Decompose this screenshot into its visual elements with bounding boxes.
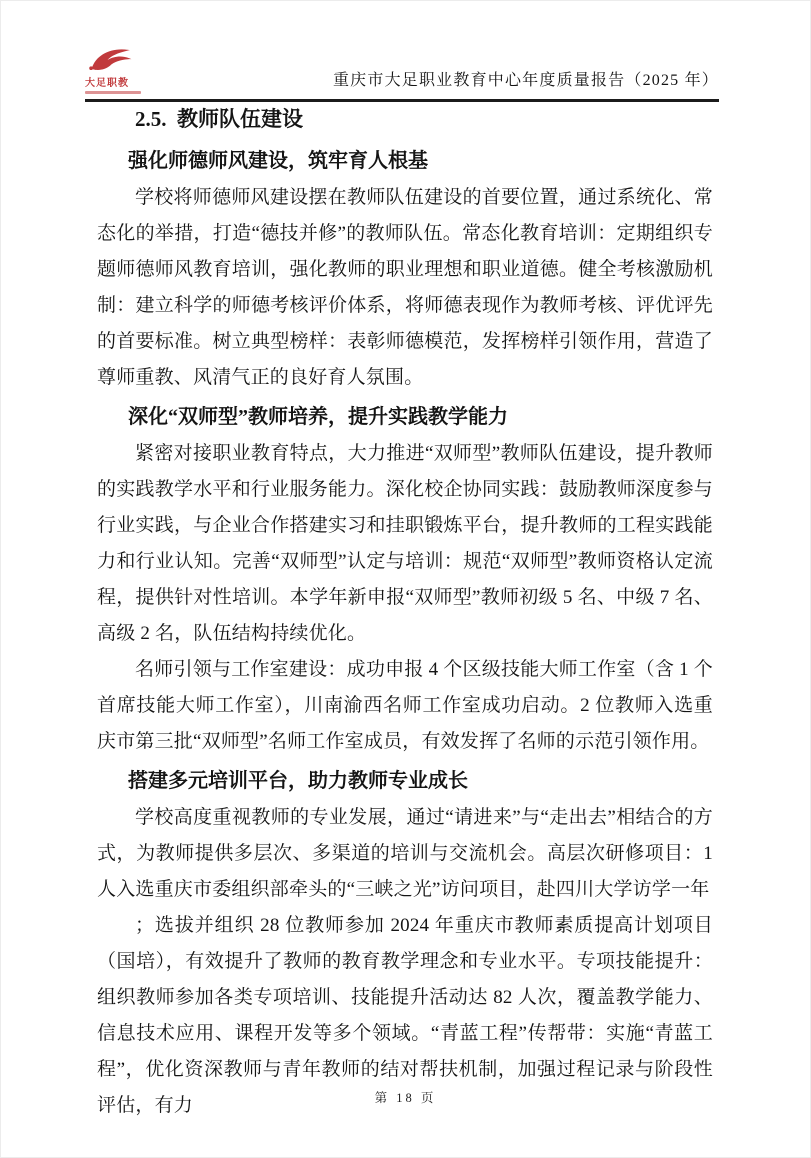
- paragraph-professional-development: 学校高度重视教师的专业发展，通过“请进来”与“走出去”相结合的方式，为教师提供多…: [97, 800, 713, 908]
- page-number: 第 18 页: [375, 1091, 437, 1105]
- section-heading: 2.5. 教师队伍建设: [97, 104, 713, 134]
- report-title: 重庆市大足职业教育中心年度质量报告（2025 年）: [333, 67, 719, 94]
- document-page: 大足职教 重庆市大足职业教育中心年度质量报告（2025 年） 2.5. 教师队伍…: [0, 0, 811, 1158]
- subheading-teacher-ethics: 强化师德师风建设，筑牢育人根基: [97, 146, 713, 176]
- subheading-dual-qualified-teachers: 深化“双师型”教师培养，提升实践教学能力: [97, 402, 713, 432]
- subheading-training-platform: 搭建多元培训平台，助力教师专业成长: [97, 766, 713, 796]
- paragraph-master-studios: 名师引领与工作室建设：成功申报 4 个区级技能大师工作室（含 1 个首席技能大师…: [97, 652, 713, 760]
- logo-subtext-line: [85, 91, 141, 94]
- paragraph-teacher-ethics: 学校将师德师风建设摆在教师队伍建设的首要位置，通过系统化、常态化的举措，打造“德…: [97, 180, 713, 396]
- paragraph-dual-qualified-training: 紧密对接职业教育特点，大力推进“双师型”教师队伍建设，提升教师的实践教学水平和行…: [97, 436, 713, 652]
- phoenix-logo-icon: [85, 46, 135, 78]
- school-logo: 大足职教: [85, 46, 141, 94]
- page-footer: 第 18 页: [0, 1088, 811, 1106]
- logo-text: 大足职教: [85, 79, 129, 89]
- page-header: 大足职教 重庆市大足职业教育中心年度质量报告（2025 年）: [85, 46, 719, 102]
- document-body: 2.5. 教师队伍建设 强化师德师风建设，筑牢育人根基 学校将师德师风建设摆在教…: [97, 104, 713, 1124]
